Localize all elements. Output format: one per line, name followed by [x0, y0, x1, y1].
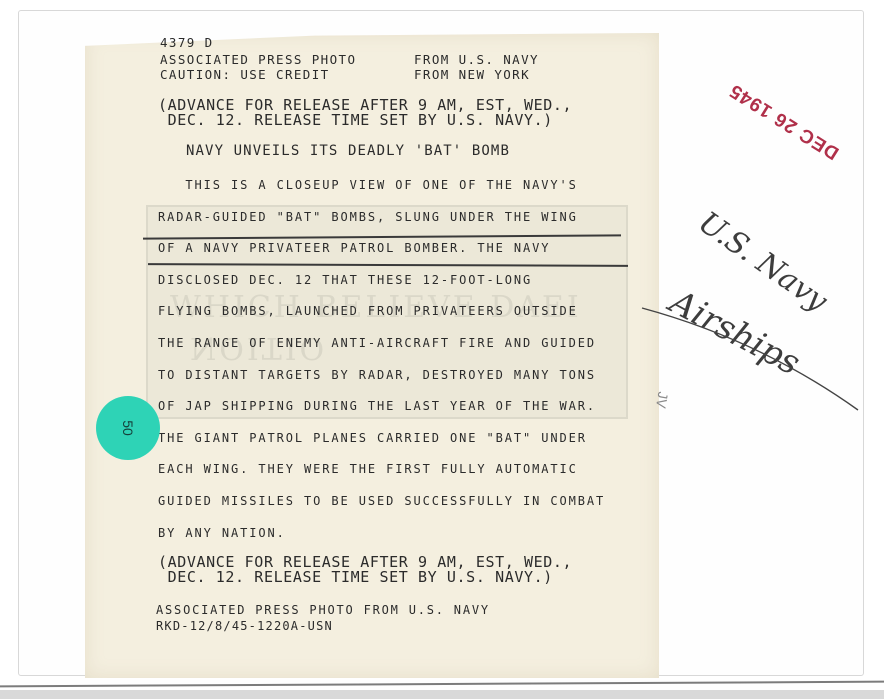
- caption-body-line: OF A NAVY PRIVATEER PATROL BOMBER. THE N…: [158, 241, 550, 256]
- file-number: 4379 D: [160, 35, 214, 50]
- header-left-line-2: CAUTION: USE CREDIT: [160, 67, 330, 82]
- caption-body-line: TO DISTANT TARGETS BY RADAR, DESTROYED M…: [158, 368, 596, 383]
- advance-notice-bottom-line-2: DEC. 12. RELEASE TIME SET BY U.S. NAVY.): [158, 570, 553, 585]
- advance-notice-top-line-2: DEC. 12. RELEASE TIME SET BY U.S. NAVY.): [158, 113, 553, 128]
- caption-body-line: GUIDED MISSILES TO BE USED SUCCESSFULLY …: [158, 494, 605, 509]
- footer-credit: ASSOCIATED PRESS PHOTO FROM U.S. NAVY: [156, 603, 490, 618]
- sticker-number: 50: [120, 420, 136, 436]
- caption-body-line: DISCLOSED DEC. 12 THAT THESE 12-FOOT-LON…: [158, 273, 532, 288]
- caption-body-line: EACH WING. THEY WERE THE FIRST FULLY AUT…: [158, 462, 578, 477]
- header-right-line-2: FROM NEW YORK: [414, 67, 530, 82]
- caption-body-line: THE GIANT PATROL PLANES CARRIED ONE "BAT…: [158, 431, 587, 446]
- number-sticker: 50: [96, 396, 160, 460]
- caption-body-line: THIS IS A CLOSEUP VIEW OF ONE OF THE NAV…: [158, 178, 578, 193]
- header-left-line-1: ASSOCIATED PRESS PHOTO: [160, 52, 356, 67]
- faint-mark: JV: [653, 391, 672, 410]
- header-right-line-1: FROM U.S. NAVY: [414, 52, 539, 67]
- caption-body-line: THE RANGE OF ENEMY ANTI-AIRCRAFT FIRE AN…: [158, 336, 596, 351]
- caption-body-line: BY ANY NATION.: [158, 526, 286, 541]
- caption-body-line: FLYING BOMBS, LAUNCHED FROM PRIVATEERS O…: [158, 304, 578, 319]
- footer-slug: RKD-12/8/45-1220A-USN: [156, 619, 333, 634]
- caption-body-line: OF JAP SHIPPING DURING THE LAST YEAR OF …: [158, 399, 596, 414]
- headline: NAVY UNVEILS ITS DEADLY 'BAT' BOMB: [186, 144, 510, 159]
- caption-body-line: RADAR-GUIDED "BAT" BOMBS, SLUNG UNDER TH…: [158, 210, 578, 225]
- handwritten-curve: [640, 300, 870, 420]
